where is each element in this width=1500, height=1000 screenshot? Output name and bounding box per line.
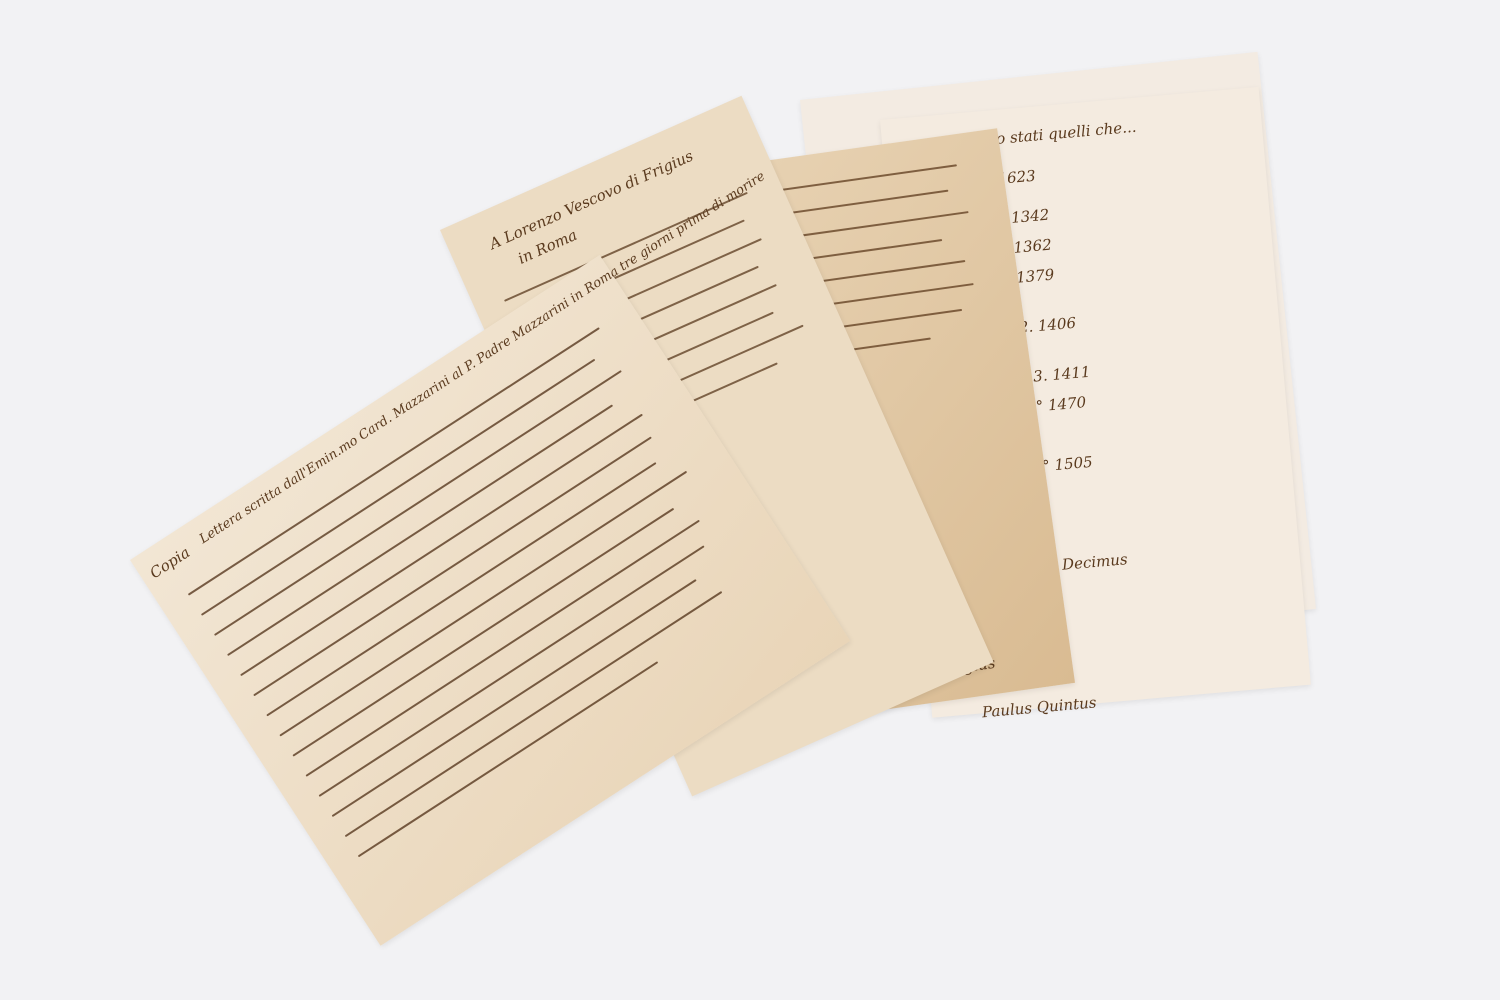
copia-label: Copia [147, 543, 194, 582]
signature: Paulus Quintus [981, 693, 1097, 721]
